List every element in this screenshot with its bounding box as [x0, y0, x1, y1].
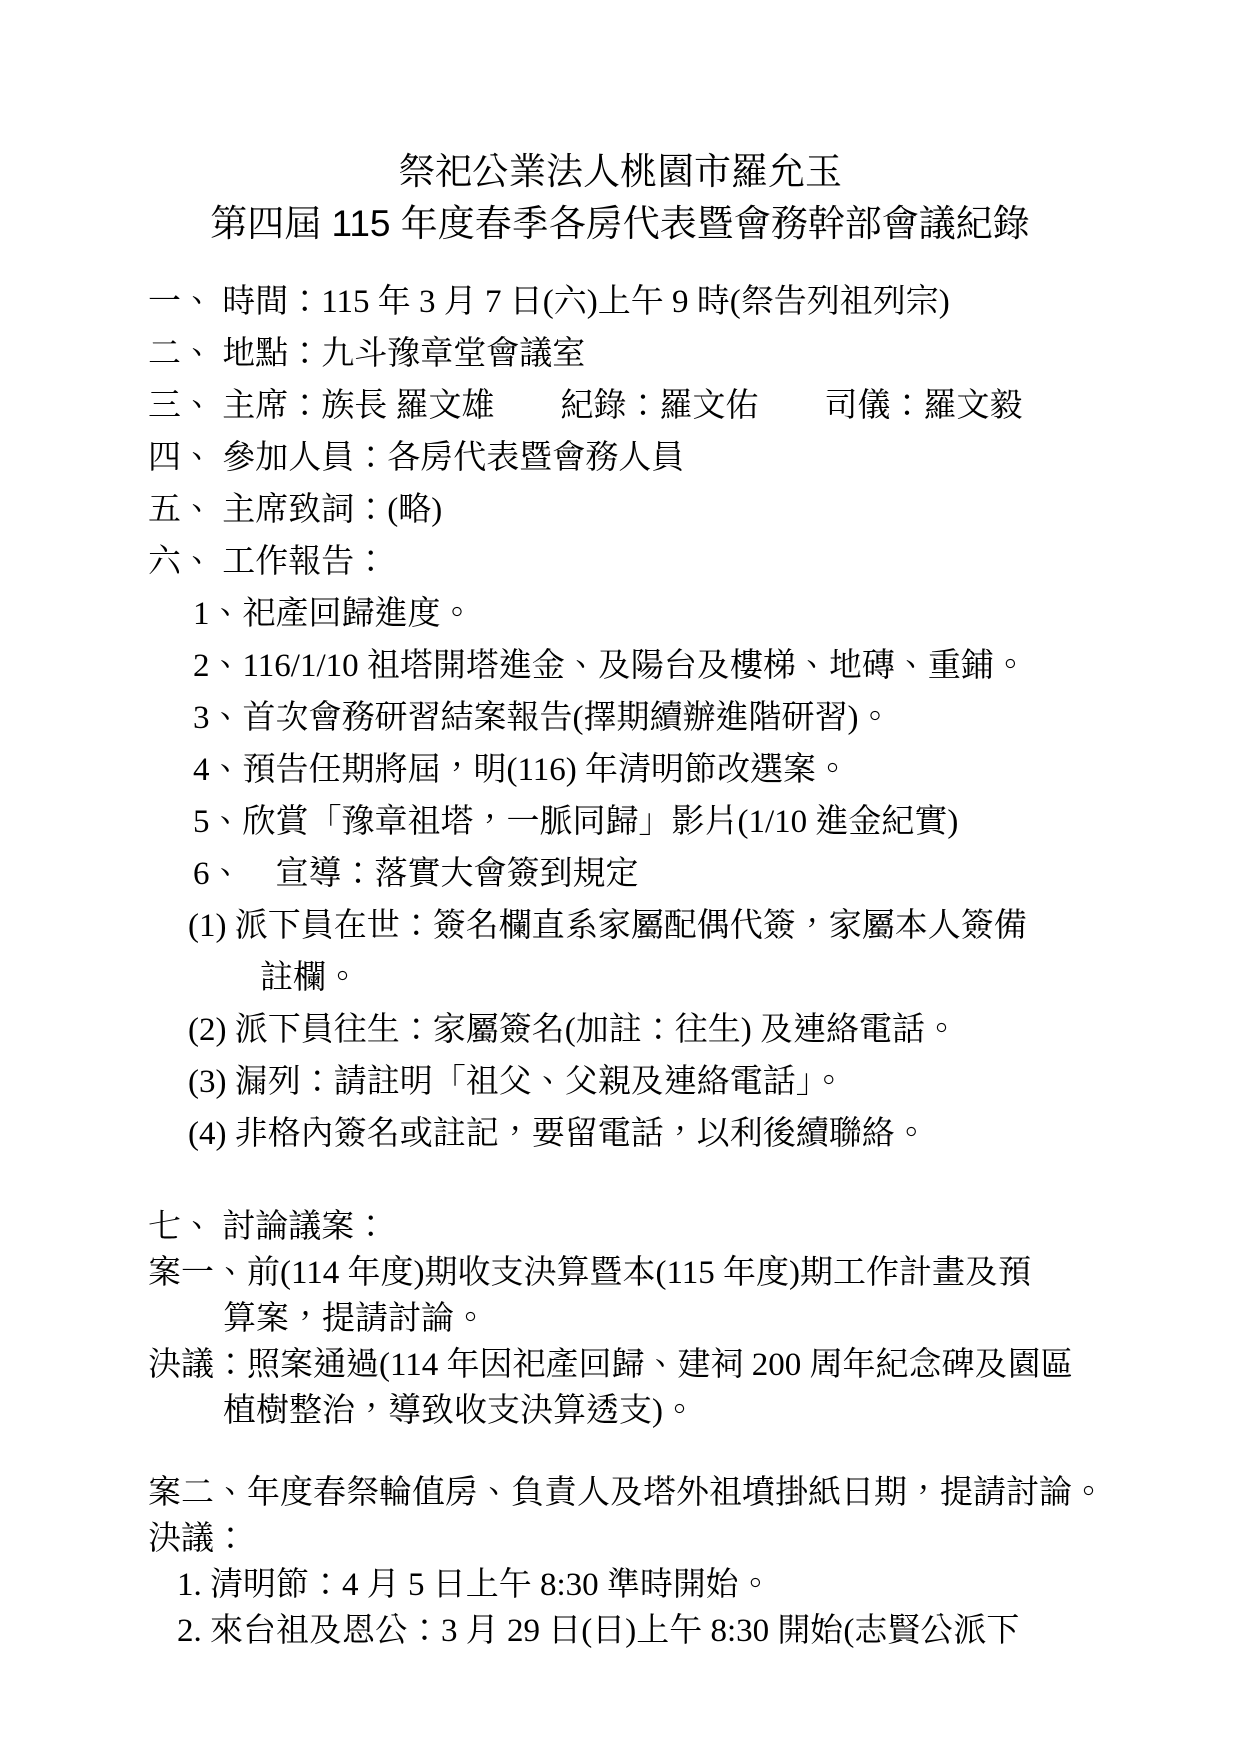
case1-motion-continuation: 算案，提請討論。 [0, 1296, 1240, 1342]
case2-resolution-item: 2. 來台祖及恩公：3 月 29 日(日)上午 8:30 開始(志賢公派下 [0, 1608, 1240, 1654]
document-subtitle: 第四屆 115 年度春季各房代表暨會務幹部會議紀錄 [0, 198, 1240, 250]
discussion-heading: 七、 討論議案： [0, 1204, 1240, 1250]
signin-rule-continuation: 註欄。 [0, 952, 1240, 1004]
case2-motion: 案二、年度春祭輪值房、負責人及塔外祖墳掛紙日期，提請討論。 [0, 1470, 1240, 1516]
case2-resolution-item: 1. 清明節：4 月 5 日上午 8:30 準時開始。 [0, 1562, 1240, 1608]
info-line-chair: 三、 主席：族長 羅文雄 紀錄：羅文佑 司儀：羅文毅 [0, 380, 1240, 432]
signin-rule: (2) 派下員往生：家屬簽名(加註：往生) 及連絡電話。 [0, 1004, 1240, 1056]
document-title: 祭祀公業法人桃園市羅允玉 [0, 146, 1240, 198]
work-report-item: 3、首次會務研習結案報告(擇期續辦進階研習)。 [0, 692, 1240, 744]
signin-rule: (4) 非格內簽名或註記，要留電話，以利後續聯絡。 [0, 1108, 1240, 1160]
info-line-chair-speech: 五、 主席致詞：(略) [0, 484, 1240, 536]
work-report-heading: 六、 工作報告： [0, 536, 1240, 588]
work-report-item: 6、 宣導：落實大會簽到規定 [0, 848, 1240, 900]
info-line-place: 二、 地點：九斗豫章堂會議室 [0, 328, 1240, 380]
info-line-attendees: 四、 參加人員：各房代表暨會務人員 [0, 432, 1240, 484]
case1-resolution-continuation: 植樹整治，導致收支決算透支)。 [0, 1388, 1240, 1434]
work-report-item: 1、祀產回歸進度。 [0, 588, 1240, 640]
work-report-item: 4、預告任期將屆，明(116) 年清明節改選案。 [0, 744, 1240, 796]
work-report-item: 2、116/1/10 祖塔開塔進金、及陽台及樓梯、地磚、重鋪。 [0, 640, 1240, 692]
blank-spacer [0, 1434, 1240, 1470]
blank-spacer [0, 1160, 1240, 1204]
case1-motion: 案一、前(114 年度)期收支決算暨本(115 年度)期工作計畫及預 [0, 1250, 1240, 1296]
info-line-time: 一、 時間：115 年 3 月 7 日(六)上午 9 時(祭告列祖列宗) [0, 276, 1240, 328]
title-block: 祭祀公業法人桃園市羅允玉 第四屆 115 年度春季各房代表暨會務幹部會議紀錄 [0, 0, 1240, 250]
signin-rule: (3) 漏列：請註明「祖父、父親及連絡電話」。 [0, 1056, 1240, 1108]
document-body: 一、 時間：115 年 3 月 7 日(六)上午 9 時(祭告列祖列宗) 二、 … [0, 276, 1240, 1654]
work-report-item: 5、欣賞「豫章祖塔，一脈同歸」影片(1/10 進金紀實) [0, 796, 1240, 848]
case1-resolution: 決議：照案通過(114 年因祀產回歸、建祠 200 周年紀念碑及園區 [0, 1342, 1240, 1388]
case2-resolution-label: 決議： [0, 1516, 1240, 1562]
document-page: 祭祀公業法人桃園市羅允玉 第四屆 115 年度春季各房代表暨會務幹部會議紀錄 一… [0, 0, 1240, 1754]
signin-rule: (1) 派下員在世：簽名欄直系家屬配偶代簽，家屬本人簽備 [0, 900, 1240, 952]
